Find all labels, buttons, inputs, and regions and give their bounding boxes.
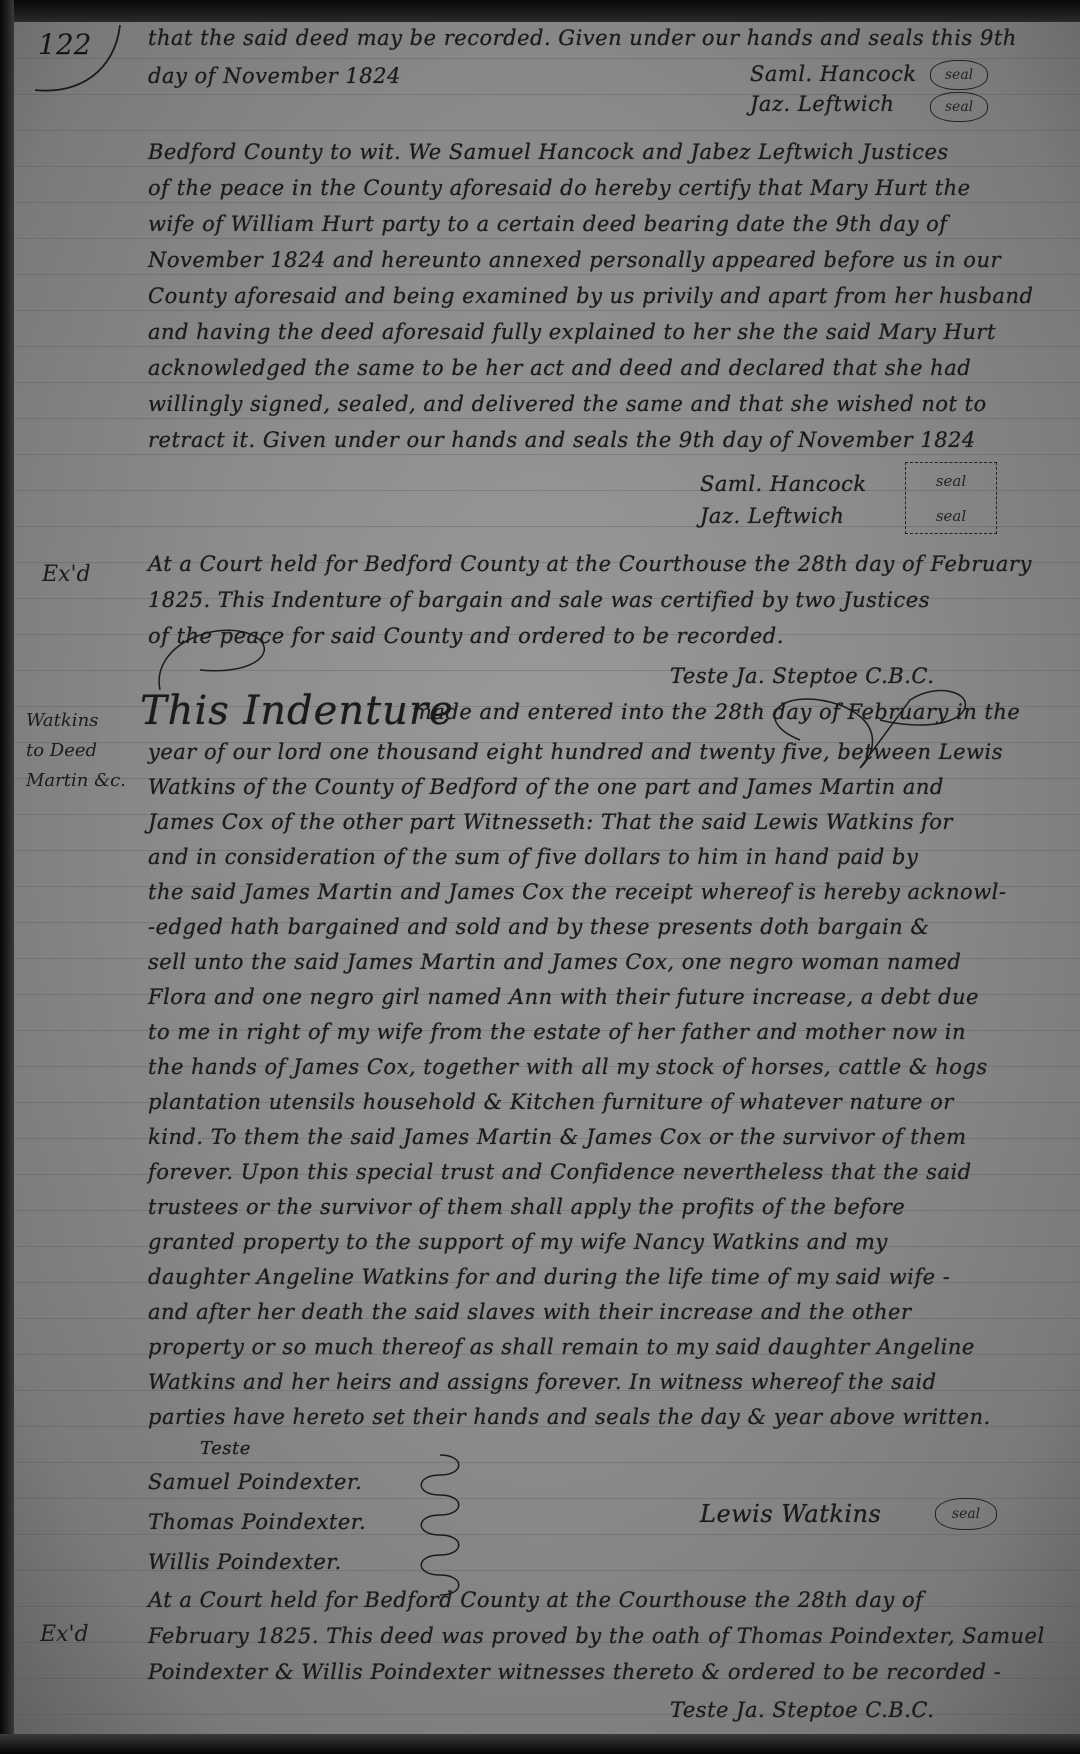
seal-label: seal [936, 507, 966, 525]
ruled-line [14, 58, 1080, 59]
witness-name: Thomas Poindexter. [148, 1510, 366, 1534]
ruled-line [14, 1498, 1080, 1499]
signature-hancock: Saml. Hancock [750, 62, 917, 86]
text-line: -edged hath bargained and sold and by th… [148, 915, 930, 939]
margin-note-line: Watkins [26, 706, 126, 736]
ruled-line [14, 1462, 1080, 1463]
margin-note-examined: Ex'd [42, 560, 91, 590]
text-line: made and entered into the 28th day of Fe… [412, 700, 1020, 724]
ruled-line [14, 454, 1080, 455]
margin-note-examined: Ex'd [40, 1620, 89, 1650]
page-number-bracket-icon [20, 20, 130, 110]
ruled-line [14, 310, 1080, 311]
signature-hancock: Saml. Hancock [700, 472, 867, 496]
text-line: February 1825. This deed was proved by t… [148, 1624, 1045, 1648]
text-line: that the said deed may be recorded. Give… [148, 26, 1017, 50]
text-line: County aforesaid and being examined by u… [148, 284, 1033, 308]
scan-border-left [0, 0, 14, 1754]
ruled-line [14, 130, 1080, 131]
deed-book-page: 122 that the said deed may be recorded. … [0, 0, 1080, 1754]
text-line: Bedford County to wit. We Samuel Hancock… [148, 140, 949, 164]
text-line: granted property to the support of my wi… [148, 1230, 888, 1254]
text-line: Watkins and her heirs and assigns foreve… [148, 1370, 937, 1394]
scroll-bracket-icon [410, 1450, 470, 1600]
text-line: trustees or the survivor of them shall a… [148, 1195, 905, 1219]
text-line: the said James Martin and James Cox the … [148, 880, 1006, 904]
text-line: Watkins of the County of Bedford of the … [148, 775, 944, 799]
text-line: and having the deed aforesaid fully expl… [148, 320, 996, 344]
seal-box: seal seal [905, 462, 997, 534]
signature-lewis-watkins: Lewis Watkins [700, 1500, 881, 1528]
seal-mark: seal [935, 1498, 997, 1530]
text-line: At a Court held for Bedford County at th… [148, 1588, 923, 1612]
clerk-attestation: Teste Ja. Steptoe C.B.C. [670, 1698, 934, 1722]
scan-border-top [0, 0, 1080, 22]
text-line: parties have hereto set their hands and … [148, 1405, 991, 1429]
signature-leftwich: Jaz. Leftwich [750, 92, 894, 116]
margin-note-deed: Watkins to Deed Martin &c. [26, 706, 126, 796]
ruled-line [14, 1534, 1080, 1535]
seal-label: seal [936, 472, 966, 490]
text-line: sell unto the said James Martin and Jame… [148, 950, 961, 974]
margin-note-line: to Deed [26, 736, 126, 766]
margin-note-line: Martin &c. [26, 766, 126, 796]
witness-name: Samuel Poindexter. [148, 1470, 362, 1494]
ruled-line [14, 346, 1080, 347]
text-line: forever. Upon this special trust and Con… [148, 1160, 972, 1184]
text-line: Poindexter & Willis Poindexter witnesses… [148, 1660, 1001, 1684]
teste-label: Teste [200, 1438, 251, 1459]
seal-mark: seal [930, 60, 988, 90]
ruled-line [14, 382, 1080, 383]
scan-border-bottom [0, 1734, 1080, 1754]
ruled-line [14, 274, 1080, 275]
ruled-line [14, 202, 1080, 203]
text-line: and after her death the said slaves with… [148, 1300, 912, 1324]
text-line: of the peace in the County aforesaid do … [148, 176, 971, 200]
text-line: day of November 1824 [148, 64, 401, 88]
text-line: wife of William Hurt party to a certain … [148, 212, 948, 236]
text-line: to me in right of my wife from the estat… [148, 1020, 966, 1044]
text-line: plantation utensils household & Kitchen … [148, 1090, 954, 1114]
text-line: the hands of James Cox, together with al… [148, 1055, 988, 1079]
ruled-line [14, 94, 1080, 95]
text-line: year of our lord one thousand eight hund… [148, 740, 1003, 764]
text-line: November 1824 and hereunto annexed perso… [148, 248, 1001, 272]
text-line: At a Court held for Bedford County at th… [148, 552, 1032, 576]
text-line: acknowledged the same to be her act and … [148, 356, 971, 380]
indenture-title: This Indenture [140, 688, 454, 734]
text-line: daughter Angeline Watkins for and during… [148, 1265, 950, 1289]
ruled-line [14, 166, 1080, 167]
witness-name: Willis Poindexter. [148, 1550, 342, 1574]
seal-mark: seal [930, 92, 988, 122]
text-line: Flora and one negro girl named Ann with … [148, 985, 979, 1009]
text-line: and in consideration of the sum of five … [148, 845, 918, 869]
text-line: 1825. This Indenture of bargain and sale… [148, 588, 930, 612]
text-line: James Cox of the other part Witnesseth: … [148, 810, 953, 834]
ruled-line [14, 238, 1080, 239]
text-line: kind. To them the said James Martin & Ja… [148, 1125, 967, 1149]
text-line: retract it. Given under our hands and se… [148, 428, 976, 452]
signature-leftwich: Jaz. Leftwich [700, 504, 844, 528]
ruled-line [14, 418, 1080, 419]
text-line: property or so much thereof as shall rem… [148, 1335, 975, 1359]
text-line: willingly signed, sealed, and delivered … [148, 392, 987, 416]
